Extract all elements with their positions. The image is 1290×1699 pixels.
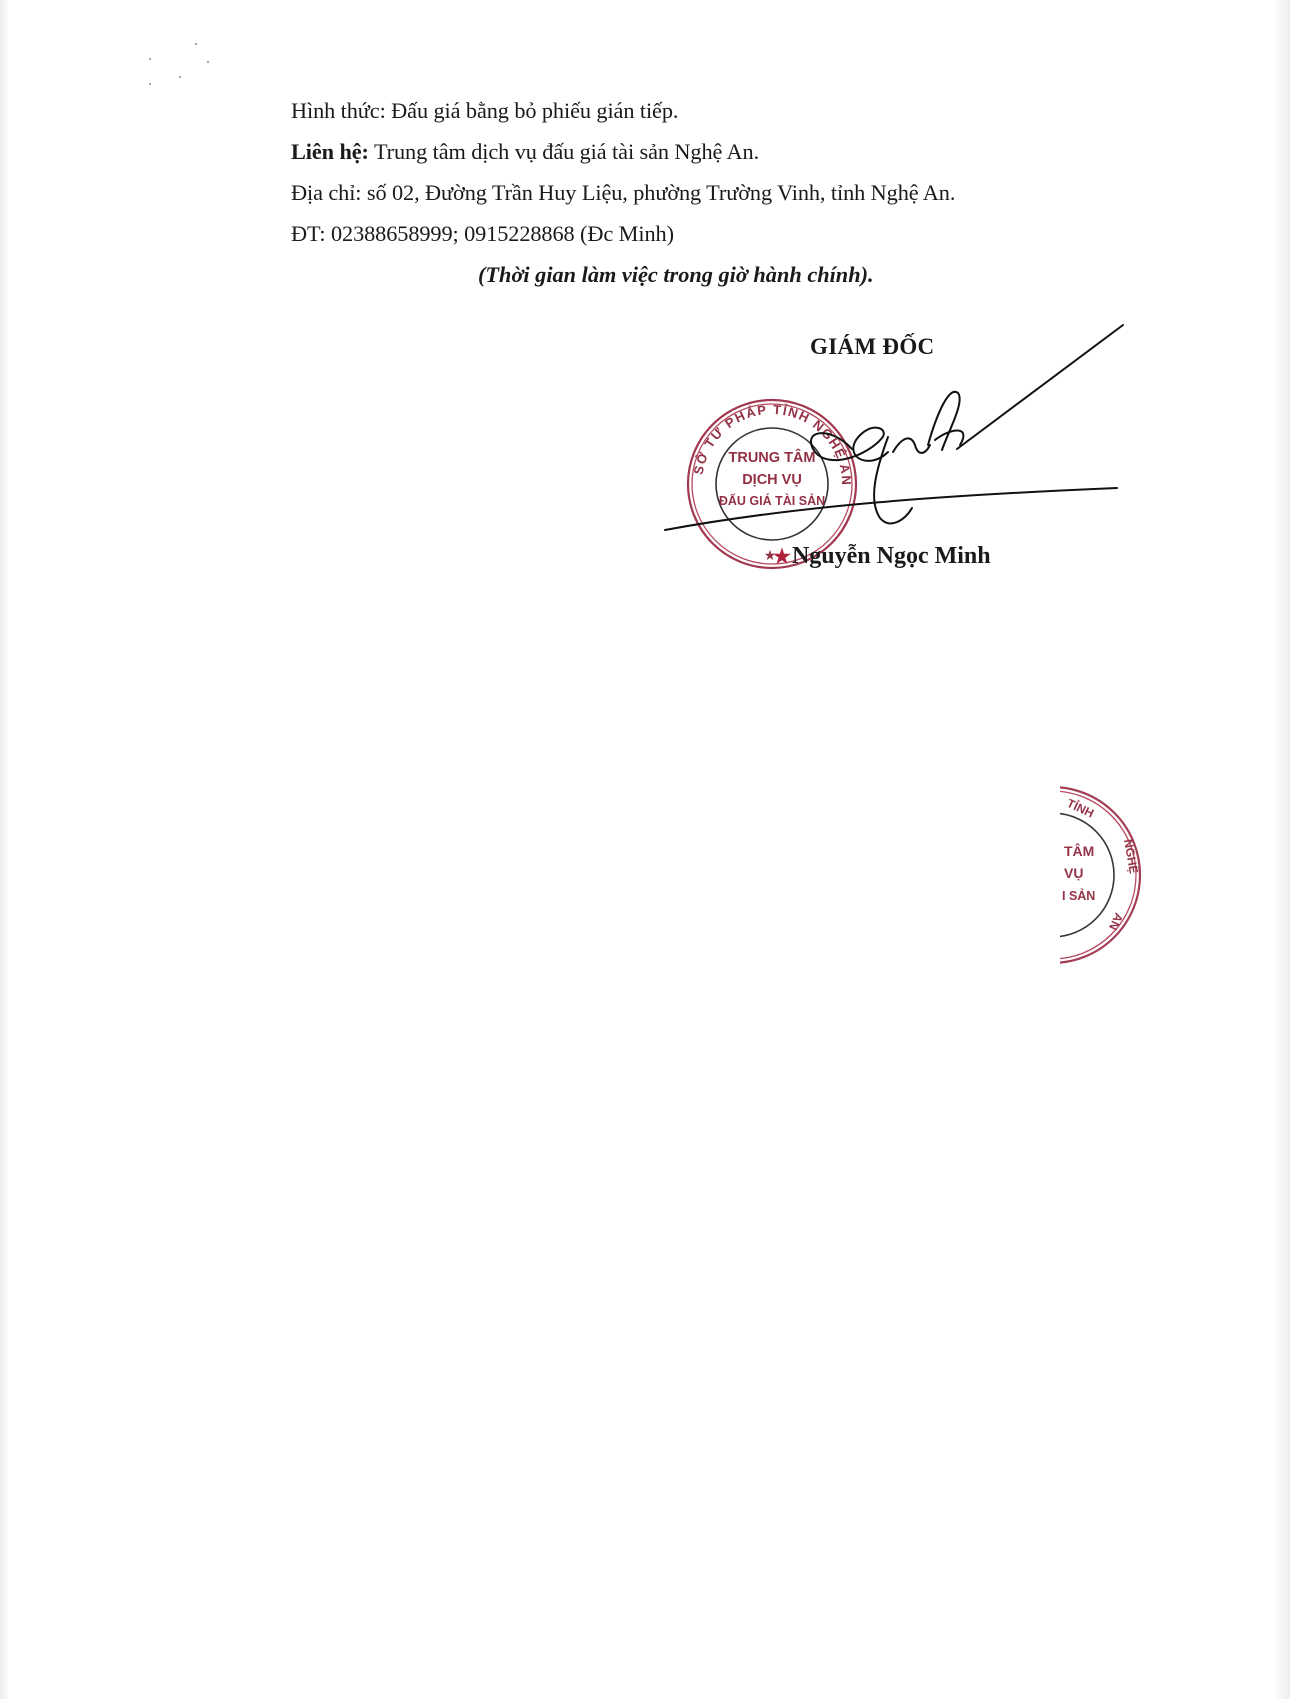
stamp-line-3: ĐẤU GIÁ TÀI SẢN: [719, 493, 825, 508]
contact-value: Trung tâm dịch vụ đấu giá tài sản Nghệ A…: [369, 139, 759, 164]
svg-text:SỞ TƯ PHÁP TỈNH NGHỆ AN: SỞ TƯ PHÁP TỈNH NGHỆ AN: [691, 402, 855, 487]
contact-line: Liên hệ: Trung tâm dịch vụ đấu giá tài s…: [291, 141, 759, 163]
contact-label: Liên hệ:: [291, 139, 369, 164]
svg-text:AN: AN: [1106, 911, 1126, 933]
auction-form-label: Hình thức:: [291, 98, 386, 123]
partial-stamp: TỈNH NGHỆ AN TÂM VỤ I SẢN: [964, 787, 1142, 963]
svg-text:I SẢN: I SẢN: [1062, 888, 1095, 903]
scan-speck: [179, 76, 181, 78]
address-value: số 02, Đường Trần Huy Liệu, phường Trườn…: [361, 180, 955, 205]
auction-form-line: Hình thức: Đấu giá bằng bỏ phiếu gián ti…: [291, 100, 678, 122]
phone-label: ĐT:: [291, 221, 326, 246]
page-edge-left: [0, 0, 8, 1699]
stamp-line-2: DỊCH VỤ: [742, 472, 802, 488]
stamp-line-1: TRUNG TÂM: [729, 448, 816, 466]
svg-text:TỈNH: TỈNH: [1065, 795, 1097, 820]
scan-speck: [207, 61, 209, 63]
address-label: Địa chỉ:: [291, 180, 361, 205]
svg-text:NGHỆ: NGHỆ: [1121, 838, 1142, 875]
auction-form-value: Đấu giá bằng bỏ phiếu gián tiếp.: [386, 98, 679, 123]
stamp-and-signature: SỞ TƯ PHÁP TỈNH NGHỆ AN TRUNG TÂM DỊCH V…: [0, 0, 1290, 1699]
working-hours-note: (Thời gian làm việc trong giờ hành chính…: [478, 264, 874, 286]
stamp-ring-text: SỞ TƯ PHÁP TỈNH NGHỆ AN: [691, 402, 855, 487]
phone-line: ĐT: 02388658999; 0915228868 (Đc Minh): [291, 223, 674, 245]
signer-name: ★Nguyễn Ngọc Minh: [773, 544, 991, 568]
page-edge-right: [1276, 0, 1290, 1699]
scan-speck: [195, 43, 197, 45]
svg-text:TÂM: TÂM: [1064, 842, 1094, 859]
scan-speck: [149, 83, 151, 85]
signer-title: GIÁM ĐỐC: [810, 335, 934, 358]
svg-text:VỤ: VỤ: [1064, 865, 1083, 881]
star-icon: ★: [773, 546, 791, 568]
address-line: Địa chỉ: số 02, Đường Trần Huy Liệu, phư…: [291, 182, 955, 204]
phone-value: 02388658999; 0915228868 (Đc Minh): [326, 221, 674, 246]
scan-speck: [149, 58, 151, 60]
